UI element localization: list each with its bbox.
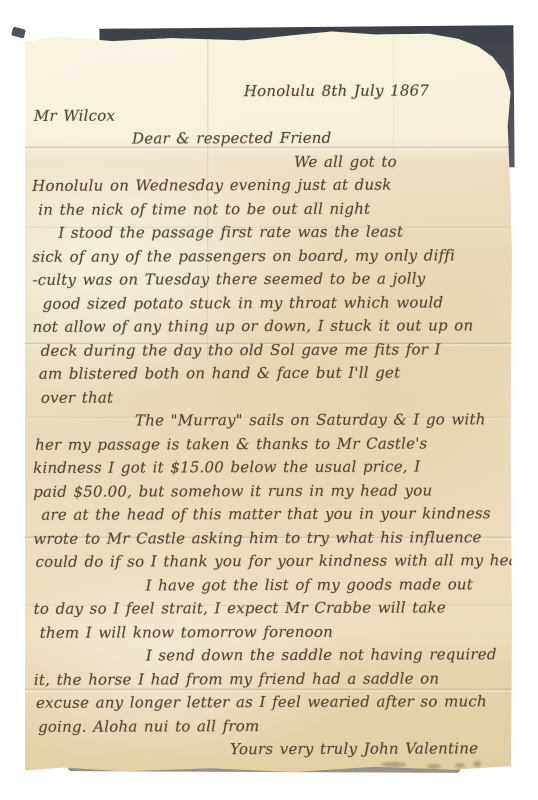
letter-line: deck during the day tho old Sol gave me … xyxy=(41,338,510,363)
letter-line: The "Murray" sails on Saturday & I go wi… xyxy=(135,408,510,433)
letter-line: I have got the list of my goods made out xyxy=(146,573,511,598)
letter-line: in the nick of time not to be out all ni… xyxy=(38,197,509,222)
letter-line: kindness I got it $15.00 below the usual… xyxy=(33,455,510,480)
letter-lines: Honolulu 8th July 1867Mr WilcoxDear & re… xyxy=(32,79,511,773)
letter-line: going. Aloha nui to all from xyxy=(38,714,511,739)
letter-line: it, the horse I had from my friend had a… xyxy=(34,667,511,692)
letter-line: Dear & respected Friend xyxy=(132,126,509,151)
letter-line: could do if so I thank you for your kind… xyxy=(35,549,510,574)
scanned-letter-page: Honolulu 8th July 1867Mr WilcoxDear & re… xyxy=(0,0,538,800)
letter-line: I stood the passage first rate was the l… xyxy=(58,220,509,245)
letter-line: wrote to Mr Castle asking him to try wha… xyxy=(33,526,510,551)
letter-line: her my passage is taken & thanks to Mr C… xyxy=(35,432,510,457)
letter-line: Honolulu 8th July 1867 xyxy=(244,79,509,103)
letter-line: am blistered both on hand & face but I'l… xyxy=(39,361,510,386)
letter-line: sick of any of the passengers on board, … xyxy=(32,244,509,269)
letter-line: I send down the saddle not having requir… xyxy=(146,643,511,668)
scanner-backing-speck xyxy=(11,27,26,39)
letter-line: excuse any longer letter as I feel weari… xyxy=(36,690,511,715)
letter-line: We all got to xyxy=(294,150,509,174)
letter-line: them I will know tomorrow forenoon xyxy=(40,620,511,645)
letter-line: -culty was on Tuesday there seemed to be… xyxy=(32,267,509,292)
letter-line: over that xyxy=(41,385,510,410)
letter-line: paid $50.00, but somehow it runs in my h… xyxy=(33,479,510,504)
letter-sheet: Honolulu 8th July 1867Mr WilcoxDear & re… xyxy=(25,30,512,772)
letter-line: not allow of any thing up or down, I stu… xyxy=(33,314,510,339)
letter-line: Mr Wilcox xyxy=(34,103,509,128)
letter-line: Yours very truly John Valentine xyxy=(230,737,511,761)
letter-line: to day so I feel strait, I expect Mr Cra… xyxy=(34,596,511,621)
letter-line: Honolulu on Wednesday evening just at du… xyxy=(32,173,509,198)
letter-line: good sized potato stuck in my throat whi… xyxy=(43,291,510,316)
letter-line: are at the head of this matter that you … xyxy=(41,502,510,527)
